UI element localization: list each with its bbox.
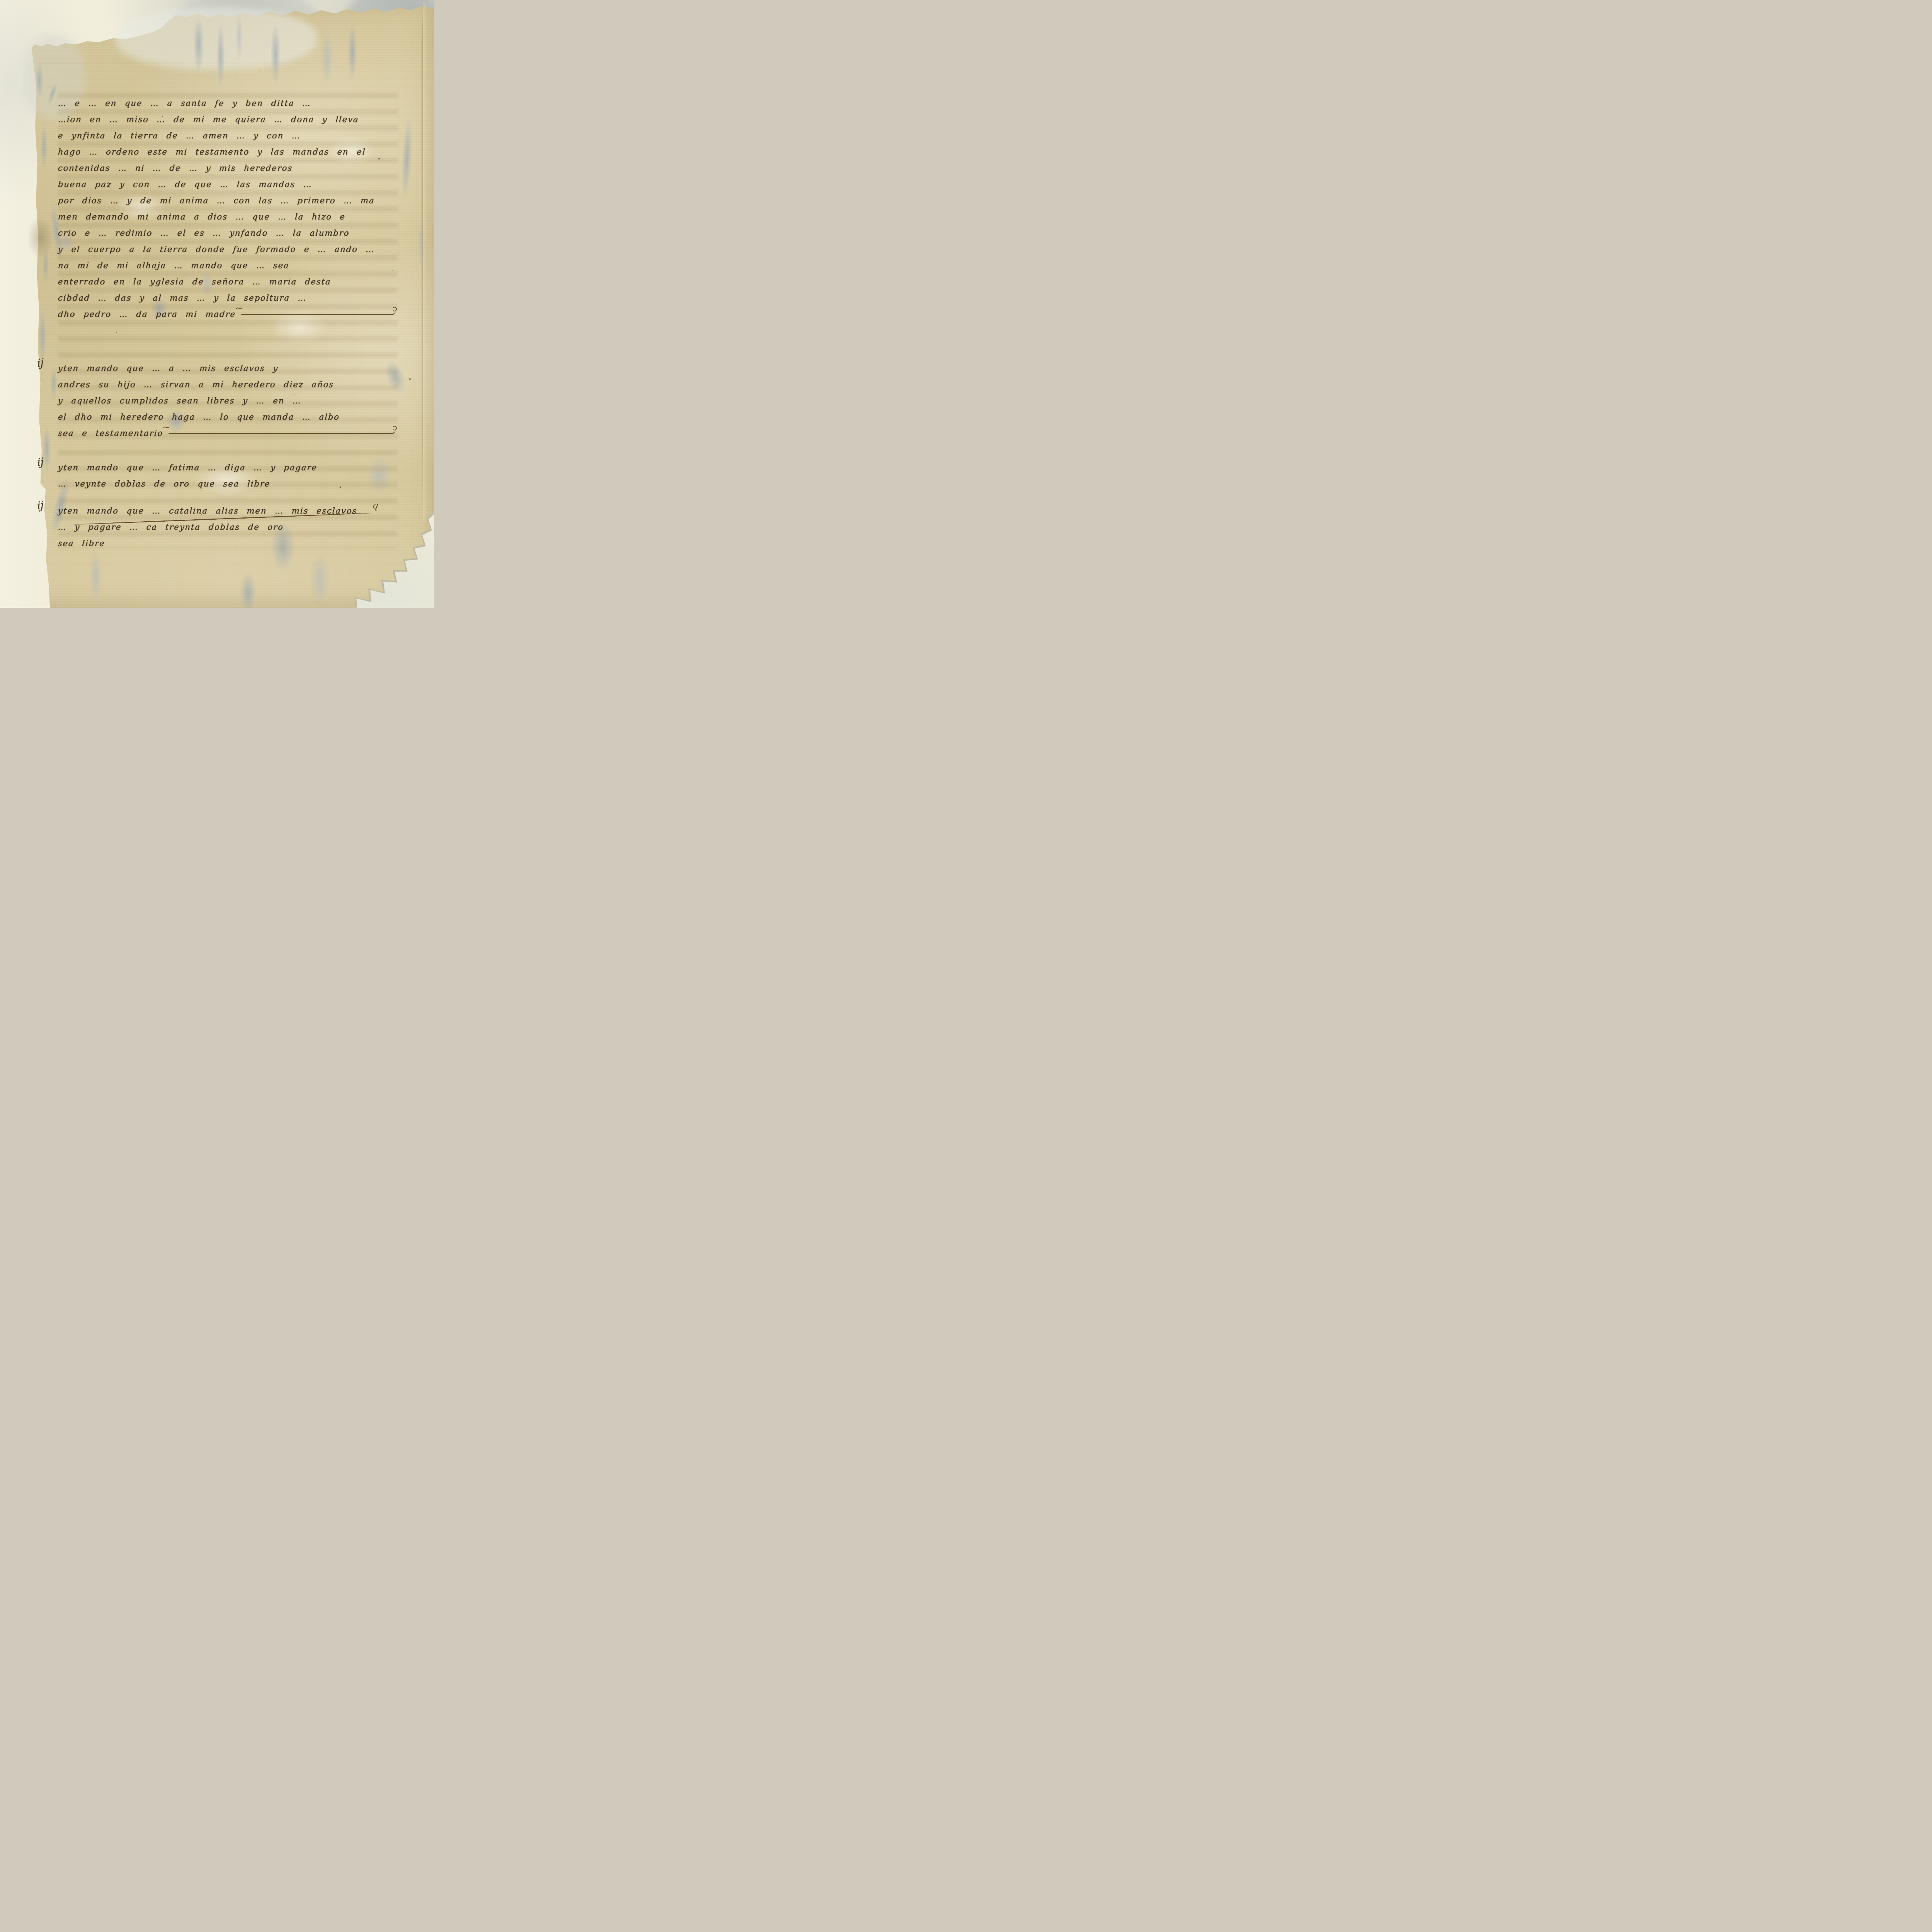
manuscript-line: hago … ordeno este mi testamento y las m… — [58, 140, 398, 156]
manuscript-line: yten mando que … a … mis esclavos y — [58, 356, 398, 372]
paragraph: ijyten mando que … fatima … diga … y pag… — [58, 456, 398, 488]
paragraph: ijyten mando que … catalina alias men … … — [58, 499, 398, 531]
line-text: dho pedro … da para mi madre — [58, 310, 236, 318]
paragraph: ijyten mando que … a … mis esclavos yand… — [58, 356, 398, 437]
manuscript-line: …ion en … miso … de mi me quiera … dona … — [58, 107, 398, 124]
line-text: sea libre — [58, 539, 105, 548]
manuscript-line: buena paz y con … de que … las mandas … — [58, 172, 398, 189]
line-text: yten mando que … a … mis esclavos y — [58, 364, 279, 372]
manuscript-line: y el cuerpo a la tierra donde fue formad… — [58, 237, 398, 253]
text-block: … e … en que … a santa fe y ben ditta ……… — [58, 91, 398, 548]
line-text: …ion en … miso … de mi me quiera … dona … — [58, 115, 359, 124]
line-text: cibdad … das y al mas … y la sepoltura … — [58, 294, 307, 302]
line-text: andres su hijo … sirvan a mi heredero di… — [58, 380, 334, 389]
ink-specks — [0, 0, 1, 1]
line-text: yten mando que … catalina alias men … mi… — [58, 507, 357, 515]
flourish-rule — [241, 309, 396, 315]
manuscript-line: yten mando que … fatima … diga … y pagar… — [58, 456, 398, 472]
line-text: y el cuerpo a la tierra donde fue formad… — [58, 245, 375, 253]
line-text: y aquellos cumplidos sean libres y … en … — [58, 396, 302, 405]
manuscript-line: por dios … y de mi anima … con las … pri… — [58, 189, 398, 205]
line-text: contenidas … ni … de … y mis herederos — [58, 164, 293, 172]
line-text: crio e … redimio … el es … ynfando … la … — [58, 229, 350, 237]
manuscript-line: crio e … redimio … el es … ynfando … la … — [58, 221, 398, 237]
manuscript-line: yten mando que … catalina alias men … mi… — [58, 499, 398, 515]
manuscript-line: sea libre — [58, 531, 398, 548]
line-text: enterrado en la yglesia de señora … mari… — [58, 277, 332, 286]
line-text: yten mando que … fatima … diga … y pagar… — [58, 463, 318, 472]
manuscript-line: enterrado en la yglesia de señora … mari… — [58, 270, 398, 286]
manuscript-line: contenidas … ni … de … y mis herederos — [58, 156, 398, 172]
tissue-overlay — [116, 8, 317, 70]
line-text: … veynte doblas de oro que sea libre — [58, 480, 270, 488]
line-text: sea e testamentario — [58, 429, 163, 437]
manuscript-line: sea e testamentario — [58, 421, 398, 437]
line-text: el dho mi heredero haga … lo que manda …… — [58, 413, 340, 421]
manuscript-line: dho pedro … da para mi madre — [58, 302, 398, 318]
margin-item-mark: ij — [37, 456, 44, 468]
manuscript-line: … e … en que … a santa fe y ben ditta … — [58, 91, 398, 107]
line-text: por dios … y de mi anima … con las … pri… — [58, 196, 375, 205]
line-text: e ynfinta la tierra de … amen … y con … — [58, 131, 301, 140]
vertical-crease — [422, 3, 423, 521]
line-text: … e … en que … a santa fe y ben ditta … — [58, 99, 311, 107]
line-text: buena paz y con … de que … las mandas … — [58, 180, 313, 189]
line-text: na mi de mi alhaja … mando que … sea — [58, 261, 290, 270]
scan-canvas: … e … en que … a santa fe y ben ditta ……… — [0, 0, 434, 608]
manuscript-line: andres su hijo … sirvan a mi heredero di… — [58, 372, 398, 389]
margin-item-mark: ij — [37, 500, 44, 511]
manuscript-line: e ynfinta la tierra de … amen … y con … — [58, 124, 398, 140]
manuscript-line: na mi de mi alhaja … mando que … sea — [58, 253, 398, 270]
margin-item-mark: ij — [37, 357, 44, 369]
manuscript-line: cibdad … das y al mas … y la sepoltura … — [58, 286, 398, 302]
line-text: men demando mi anima a dios … que … la h… — [58, 213, 346, 221]
paragraph: sea libre — [58, 531, 398, 548]
flourish-rule — [168, 428, 396, 434]
manuscript-line: … veynte doblas de oro que sea libre — [58, 472, 398, 488]
manuscript-line: men demando mi anima a dios … que … la h… — [58, 205, 398, 221]
manuscript-line: y aquellos cumplidos sean libres y … en … — [58, 389, 398, 405]
line-text: hago … ordeno este mi testamento y las m… — [58, 148, 366, 156]
horizontal-fold — [37, 63, 408, 63]
manuscript-line: el dho mi heredero haga … lo que manda …… — [58, 405, 398, 421]
paragraph: … e … en que … a santa fe y ben ditta ……… — [58, 91, 398, 318]
